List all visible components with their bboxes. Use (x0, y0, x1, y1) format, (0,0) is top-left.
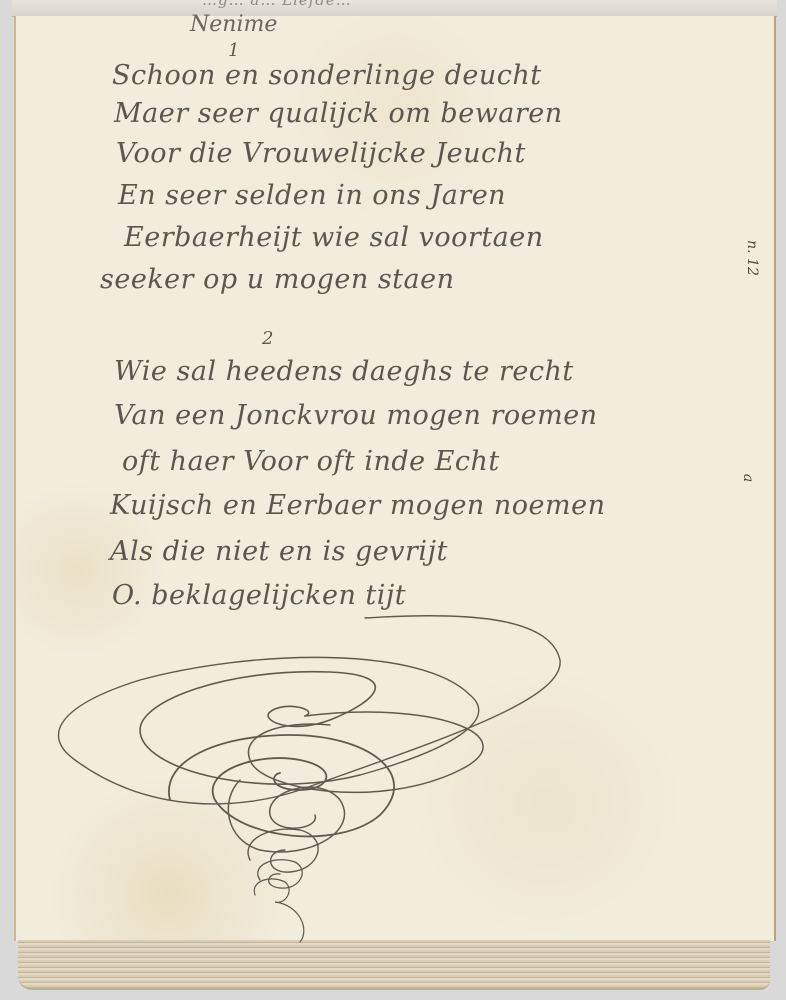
spiral-flourish-icon (0, 0, 786, 1000)
